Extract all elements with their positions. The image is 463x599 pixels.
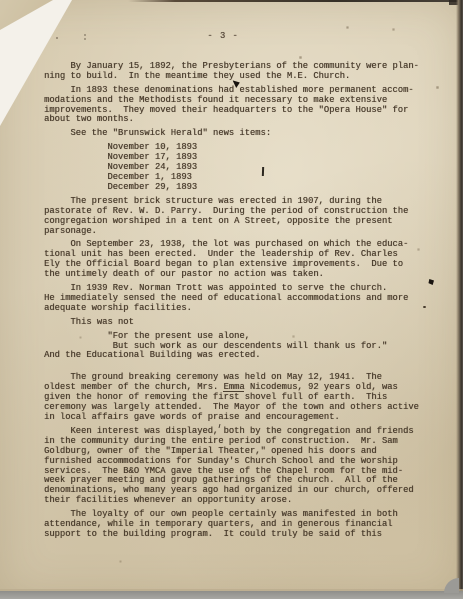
text-line: ning to build. In the meantime they used… — [44, 72, 428, 82]
scan-bottom-background — [0, 591, 463, 599]
text-line: parsonage. — [44, 227, 428, 237]
page-number: - 3 - — [44, 32, 428, 42]
brick-structure-paragraph: The present brick structure was erected … — [44, 197, 428, 237]
text-line: support to the building program. It coul… — [44, 530, 428, 540]
this-was-not-line: This was not — [44, 318, 428, 328]
scanned-document-page: - 3 - By January 15, 1892, the Presbyter… — [0, 0, 463, 599]
pencil-colon-mark — [84, 34, 86, 36]
emma-underline-mark — [223, 391, 244, 392]
quotation-block: "For the present use alone, But such wor… — [44, 332, 428, 362]
keen-interest-paragraph: Keen interest was displayed, both by the… — [44, 427, 428, 506]
scan-right-edge — [456, 0, 463, 599]
text-line: congregation worshiped in a tent on A St… — [44, 217, 428, 227]
typewritten-body: - 3 - By January 15, 1892, the Presbyter… — [44, 32, 428, 544]
denominations-paragraph: In 1893 these denominations had establis… — [44, 86, 428, 126]
document-paragraphs: By January 15, 1892, the Presbyterians o… — [44, 62, 428, 540]
news-item-dates: November 10, 1893 November 17, 1893 Nove… — [44, 143, 428, 193]
herald-intro-line: See the "Brunswick Herald" news items: — [44, 129, 428, 139]
opening-paragraph: By January 15, 1892, the Presbyterians o… — [44, 62, 428, 82]
pencil-dot-mark — [56, 37, 58, 39]
ground-breaking-paragraph: The ground breaking ceremony was held on… — [44, 373, 428, 423]
text-line: This was not — [44, 318, 428, 328]
trott-paragraph: In 1939 Rev. Norman Trott was appointed … — [44, 284, 428, 314]
text-line: adequate worship facilities. — [44, 304, 428, 314]
vertical-pen-stroke — [262, 167, 264, 176]
text-line: their facilities whenever an opportunity… — [44, 496, 428, 506]
text-line: December 29, 1893 — [44, 183, 428, 193]
text-line: about two months. — [44, 115, 428, 125]
text-line: the untimely death of our pastor no acti… — [44, 270, 428, 280]
loyalty-paragraph: The loyalty of our own people certainly … — [44, 510, 428, 540]
text-line: And the Educational Building was erected… — [44, 351, 428, 361]
text-line: See the "Brunswick Herald" news items: — [44, 129, 428, 139]
lot-purchase-paragraph: On September 23, 1938, the lot was purch… — [44, 240, 428, 280]
scan-top-edge — [128, 0, 463, 2]
text-line: in local affairs gave words of praise an… — [44, 413, 428, 423]
